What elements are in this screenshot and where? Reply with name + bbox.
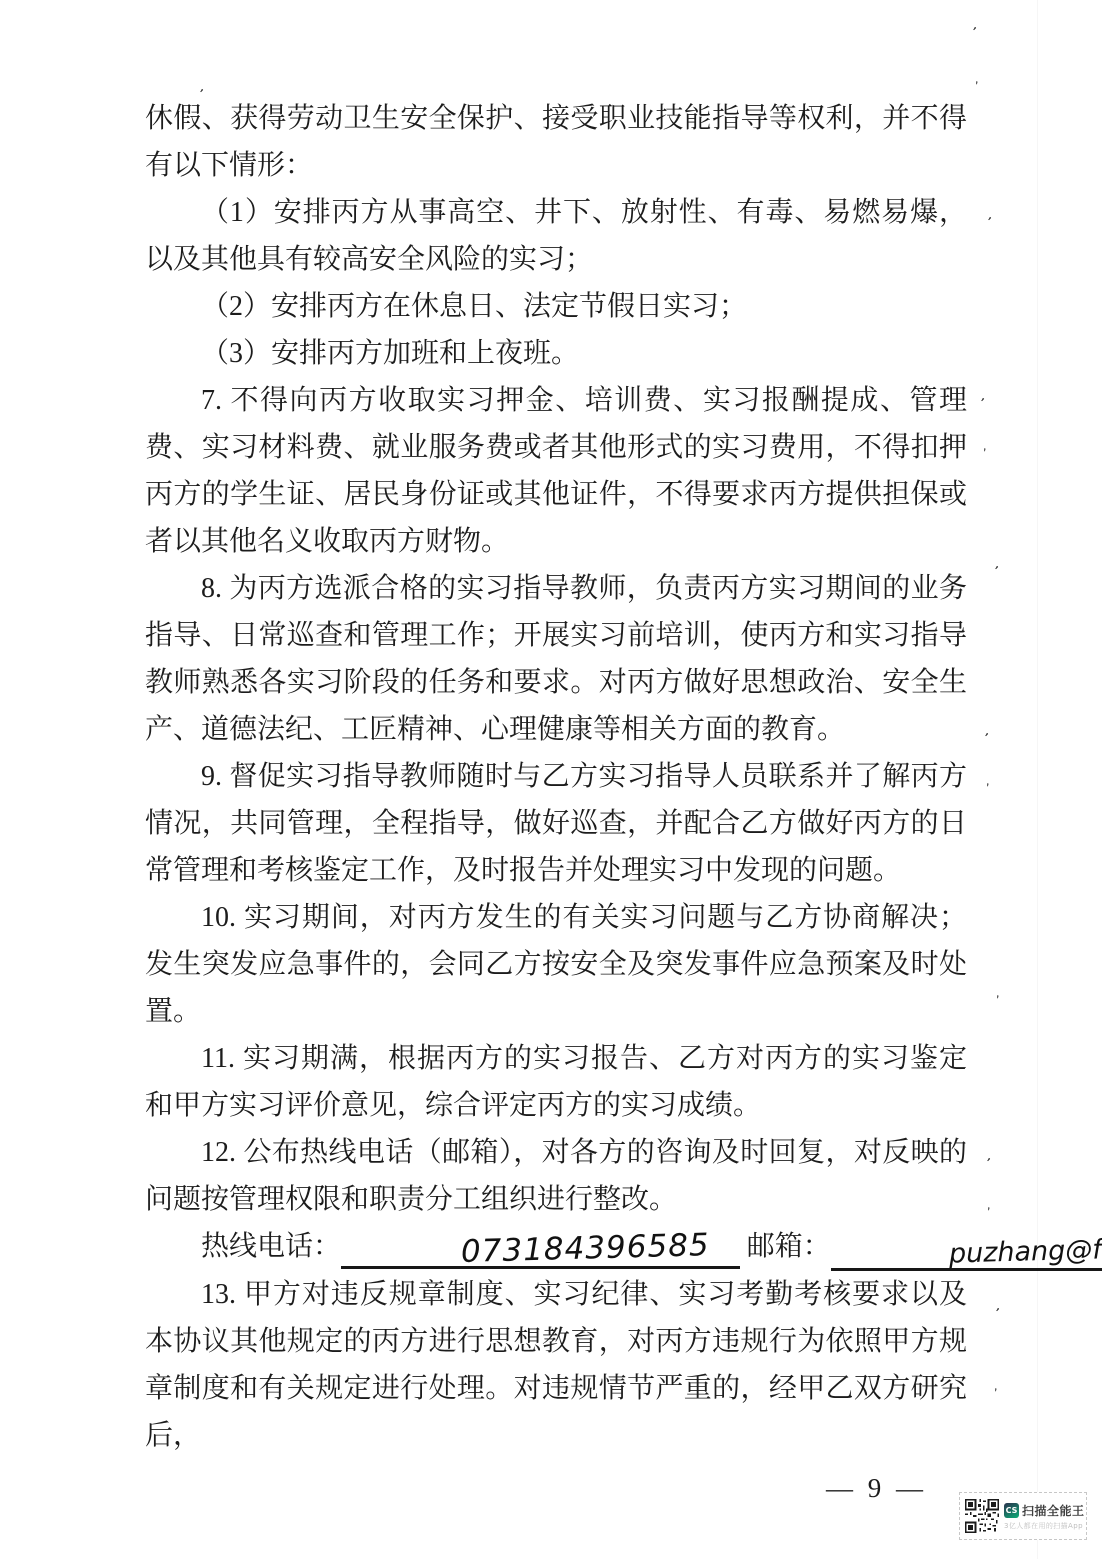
contract-text-block: 休假、获得劳动卫生安全保护、接受职业技能指导等权利，并不得有以下情形： （1）安… [0, 0, 1102, 1512]
hotline-phone-label: 热线电话： [201, 1231, 341, 1262]
watermark-app-name: 扫描全能王 [1022, 1502, 1085, 1519]
item-7: 7. 不得向丙方收取实习押金、培训费、实习报酬提成、管理费、实习材料费、就业服务… [145, 377, 967, 565]
watermark-tagline: 3亿人都在用的扫描App [1004, 1521, 1085, 1531]
page-number: — 9 — [145, 1465, 967, 1512]
item-11: 11. 实习期满，根据丙方的实习报告、乙方对丙方的实习鉴定和甲方实习评价意见，综… [145, 1035, 967, 1129]
item-13: 13. 甲方对违反规章制度、实习纪律、实习考勤考核要求以及本协议其他规定的丙方进… [145, 1271, 967, 1459]
item-12: 12. 公布热线电话（邮箱），对各方的咨询及时回复，对反映的问题按管理权限和职责… [145, 1129, 967, 1223]
camscanner-logo-icon: CS [1004, 1503, 1019, 1518]
hotline-phone-underline: 073184396585 [341, 1234, 740, 1269]
item-10: 10. 实习期间，对丙方发生的有关实习问题与乙方协商解决；发生突发应急事件的，会… [145, 894, 967, 1035]
scan-edge-line [1037, 0, 1038, 1559]
paragraph-continuation: 休假、获得劳动卫生安全保护、接受职业技能指导等权利，并不得有以下情形： [145, 95, 967, 189]
scanned-document-page: 休假、获得劳动卫生安全保护、接受职业技能指导等权利，并不得有以下情形： （1）安… [0, 0, 1102, 1559]
watermark-text-group: CS 扫描全能王 3亿人都在用的扫描App [1004, 1502, 1085, 1531]
hotline-line: 热线电话：073184396585 邮箱：puzhang@foxmail.com… [145, 1223, 967, 1271]
qr-code-icon [965, 1499, 999, 1533]
item-8: 8. 为丙方选派合格的实习指导教师，负责丙方实习期间的业务指导、日常巡查和管理工… [145, 565, 967, 753]
item-9: 9. 督促实习指导教师随时与乙方实习指导人员联系并了解丙方情况，共同管理，全程指… [145, 753, 967, 894]
clause-2: （2）安排丙方在休息日、法定节假日实习； [145, 283, 967, 330]
handwritten-phone-number: 073184396585 [397, 1229, 740, 1271]
hotline-email-label: 邮箱： [747, 1231, 831, 1262]
camscanner-watermark: CS 扫描全能王 3亿人都在用的扫描App [959, 1492, 1087, 1540]
clause-3: （3）安排丙方加班和上夜班。 [145, 330, 967, 377]
handwritten-email-address: puzhang@foxmail.com [886, 1231, 1102, 1274]
clause-1: （1）安排丙方从事高空、井下、放射性、有毒、易燃易爆，以及其他具有较高安全风险的… [145, 189, 967, 283]
hotline-email-underline: puzhang@foxmail.com [831, 1236, 1102, 1271]
